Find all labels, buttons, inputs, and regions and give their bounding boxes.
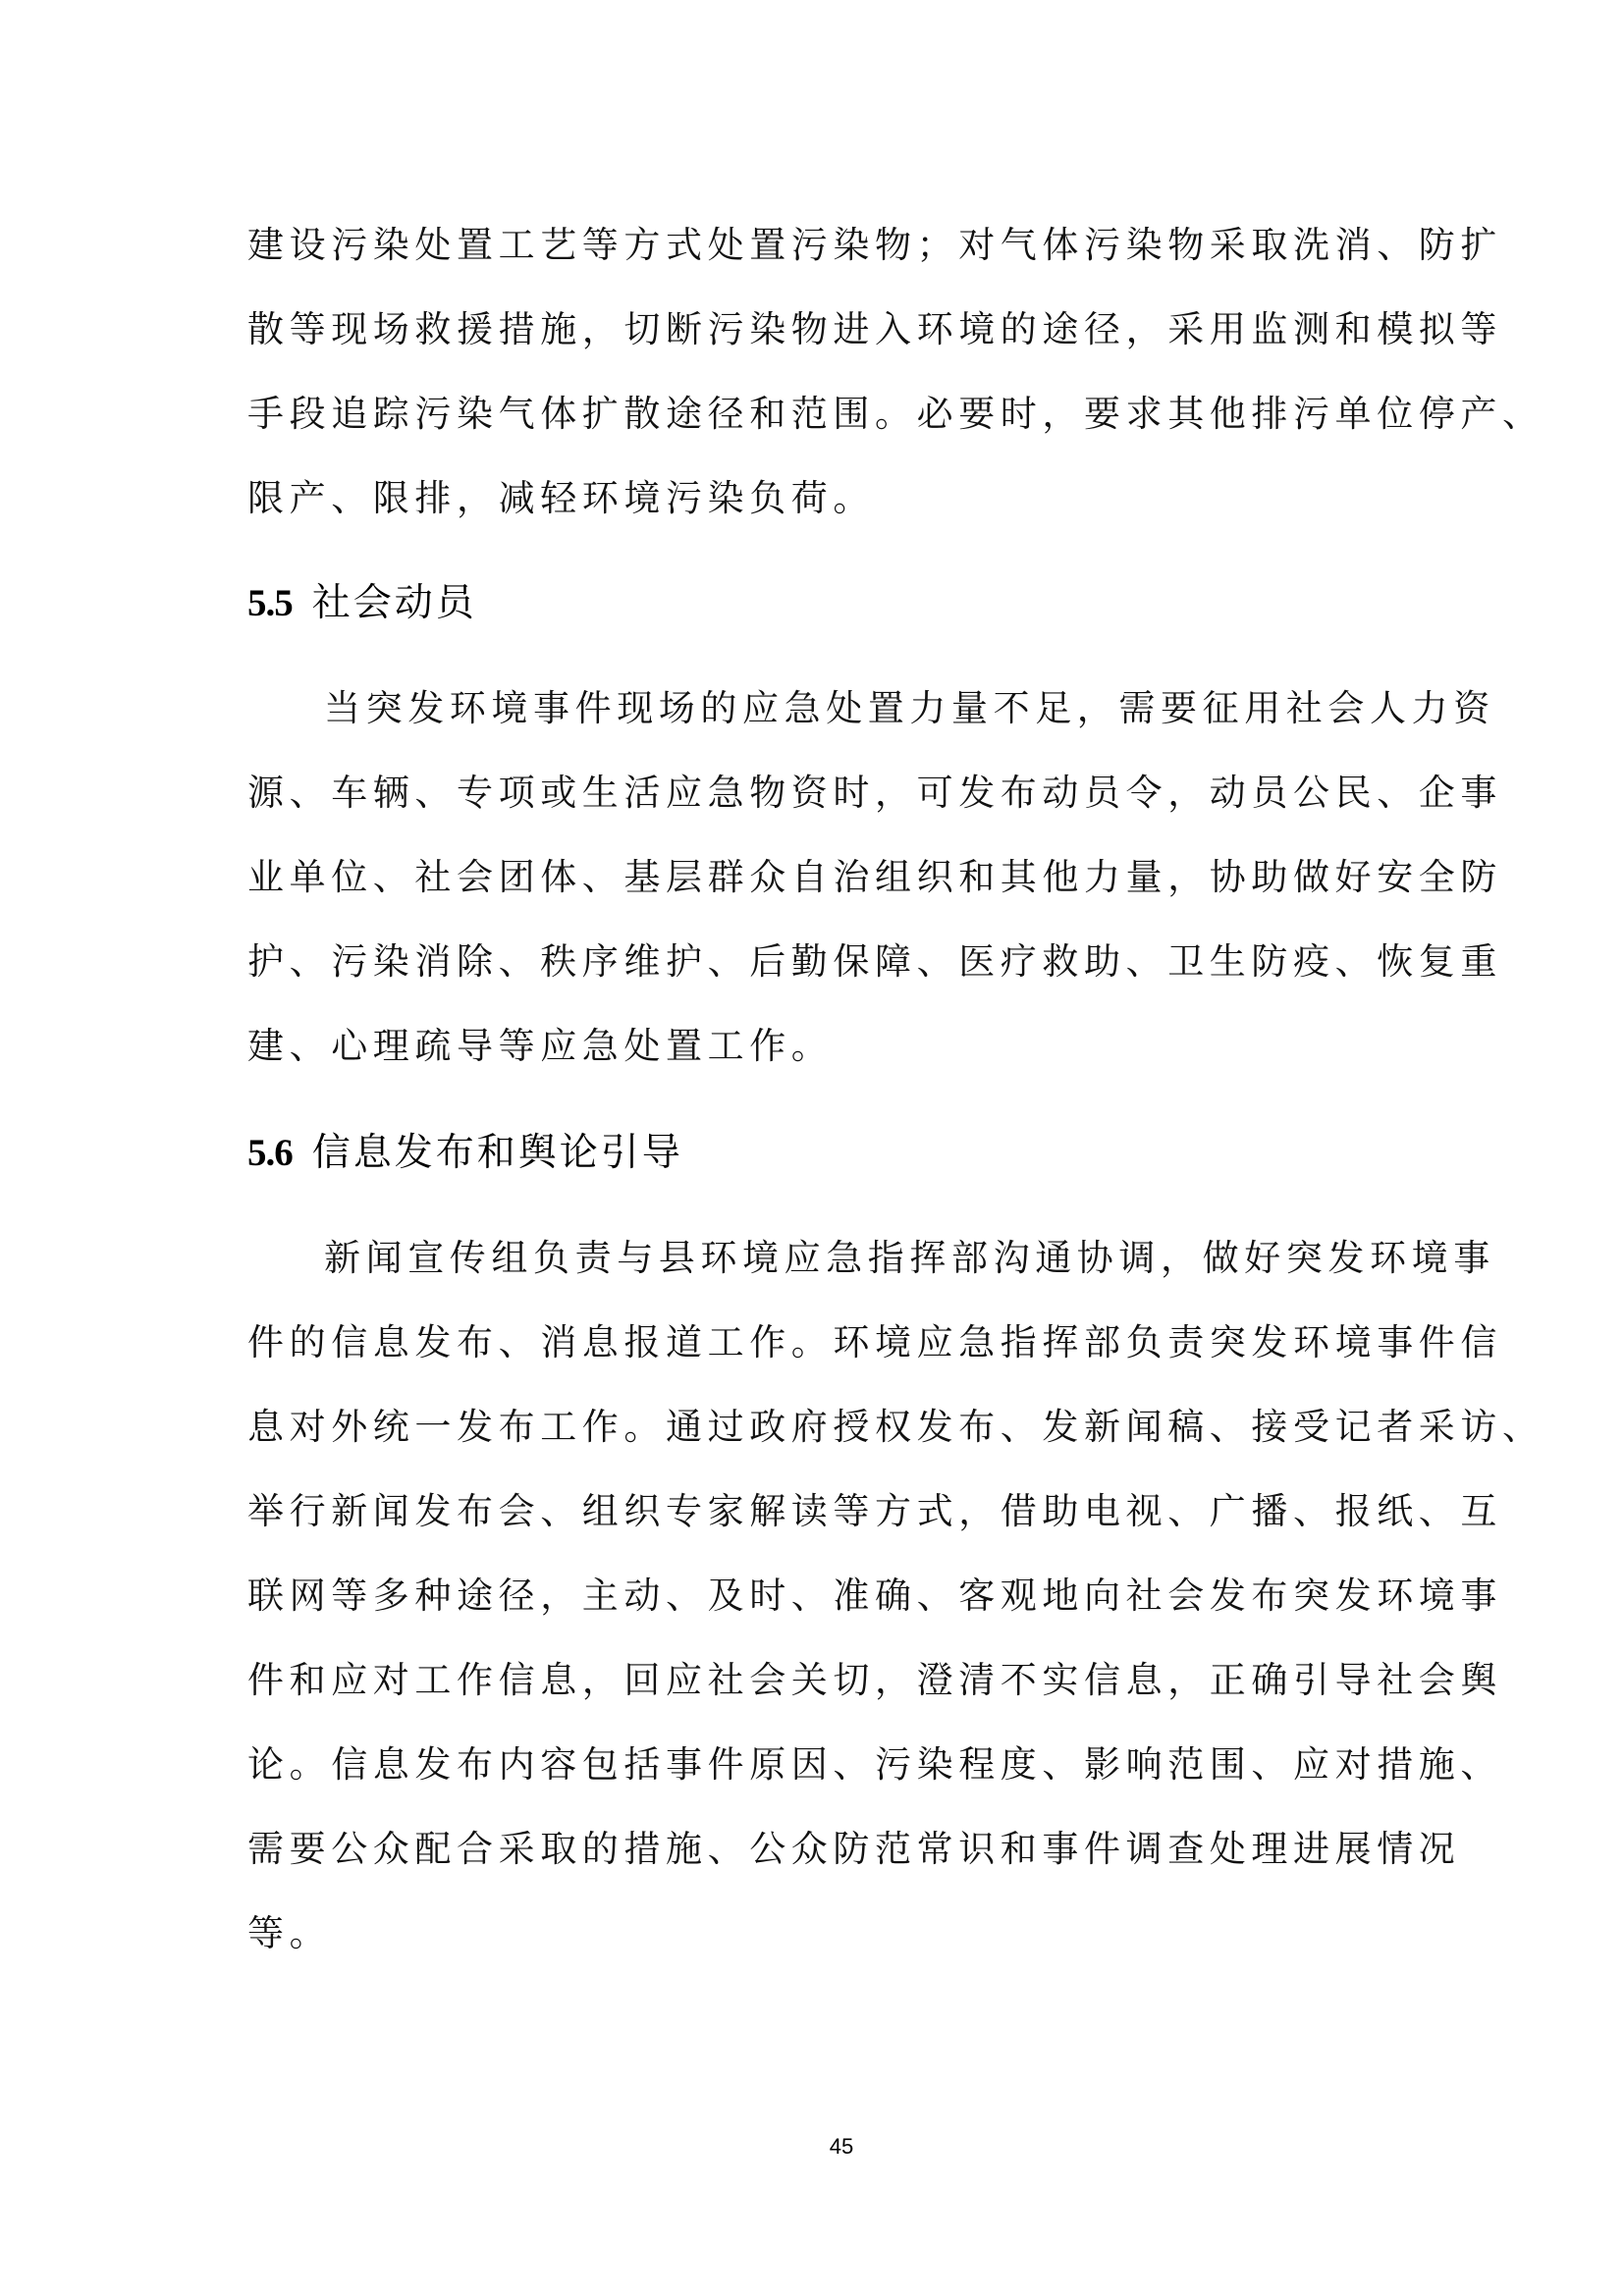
paragraph-line: 需要公众配合采取的措施、公众防范常识和事件调查处理进展情况 (247, 1828, 1386, 1871)
paragraph-line: 件和应对工作信息，回应社会关切，澄清不实信息，正确引导社会舆 (247, 1659, 1386, 1702)
paragraph-line: 等。 (247, 1912, 1386, 1955)
paragraph-line: 当突发环境事件现场的应急处置力量不足，需要征用社会人力资 (324, 687, 1386, 730)
paragraph-line: 散等现场救援措施，切断污染物进入环境的途径，采用监测和模拟等 (247, 308, 1386, 351)
paragraph-line: 护、污染消除、秩序维护、后勤保障、医疗救助、卫生防疫、恢复重 (247, 940, 1386, 984)
paragraph-line: 件的信息发布、消息报道工作。环境应急指挥部负责突发环境事件信 (247, 1321, 1386, 1364)
paragraph-line: 举行新闻发布会、组织专家解读等方式，借助电视、广播、报纸、互 (247, 1490, 1386, 1533)
paragraph-line: 联网等多种途径，主动、及时、准确、客观地向社会发布突发环境事 (247, 1575, 1386, 1618)
section-title: 信息发布和舆论引导 (312, 1131, 683, 1175)
paragraph-line: 息对外统一发布工作。通过政府授权发布、发新闻稿、接受记者采访、 (247, 1406, 1386, 1449)
section-title: 社会动员 (312, 581, 477, 625)
section-number: 5.5 (247, 582, 293, 624)
paragraph-line: 论。信息发布内容包括事件原因、污染程度、影响范围、应对措施、 (247, 1743, 1386, 1787)
paragraph-line: 手段追踪污染气体扩散途径和范围。必要时，要求其他排污单位停产、 (247, 393, 1386, 436)
paragraph-line: 建设污染处置工艺等方式处置污染物；对气体污染物采取洗消、防扩 (247, 224, 1386, 267)
paragraph-line: 新闻宣传组负责与县环境应急指挥部沟通协调，做好突发环境事 (324, 1237, 1386, 1280)
paragraph-line: 源、车辆、专项或生活应急物资时，可发布动员令，动员公民、企事 (247, 772, 1386, 815)
paragraph-line: 建、心理疏导等应急处置工作。 (247, 1025, 1386, 1068)
paragraph-line: 限产、限排，减轻环境污染负荷。 (247, 477, 1386, 520)
section-number: 5.6 (247, 1132, 293, 1174)
document-page: 建设污染处置工艺等方式处置污染物；对气体污染物采取洗消、防扩 散等现场救援措施，… (0, 0, 1624, 2296)
section-heading-5-6: 5.6信息发布和舆论引导 (247, 1131, 683, 1176)
page-number: 45 (812, 2134, 871, 2160)
section-heading-5-5: 5.5社会动员 (247, 581, 477, 626)
paragraph-line: 业单位、社会团体、基层群众自治组织和其他力量，协助做好安全防 (247, 856, 1386, 899)
